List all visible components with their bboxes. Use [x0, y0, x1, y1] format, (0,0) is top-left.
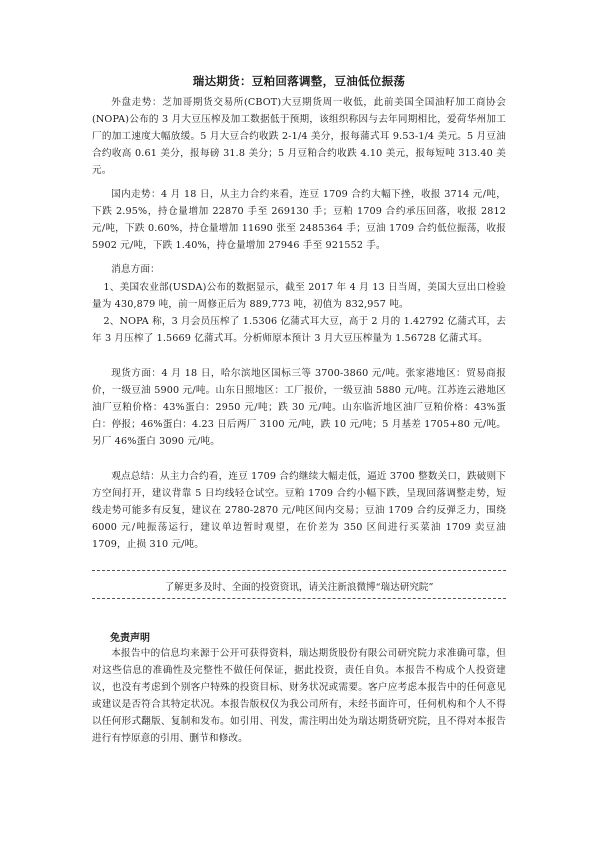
divider-bottom	[92, 598, 506, 599]
news-item-1: 1、美国农业部(USDA)公布的数据显示，截至 2017 年 4 月 13 日当…	[92, 279, 506, 313]
document-title: 瑞达期货：豆粕回落调整，豆油低位振荡	[92, 73, 506, 89]
disclaimer-paragraph: 本报告中的信息均来源于公开可获得资料，瑞达期货股份有限公司研究院力求准确可靠，但…	[92, 645, 506, 747]
divider-top	[92, 570, 506, 571]
summary-paragraph: 观点总结：从主力合约看，连豆 1709 合约继续大幅走低，逼近 3700 整数关…	[92, 468, 506, 553]
domestic-market-paragraph: 国内走势：4 月 18 日，从主力合约来看，连豆 1709 合约大幅下挫，收报 …	[92, 186, 506, 254]
news-item-2: 2、NOPA 称，3 月会员压榨了 1.5306 亿蒲式耳大豆，高于 2 月的 …	[92, 313, 506, 347]
weibo-notice: 了解更多及时、全面的投资资讯，请关注新浪微博“瑞达研究院”	[92, 579, 506, 593]
overseas-market-paragraph: 外盘走势：芝加哥期货交易所(CBOT)大豆期货周一收低，此前美国全国油籽加工商协…	[92, 94, 506, 179]
spot-market-paragraph: 现货方面：4 月 18 日，哈尔滨地区国标三等 3700-3860 元/吨。张家…	[92, 365, 506, 450]
news-heading: 消息方面：	[92, 261, 506, 278]
disclaimer-title: 免责声明	[110, 629, 150, 644]
